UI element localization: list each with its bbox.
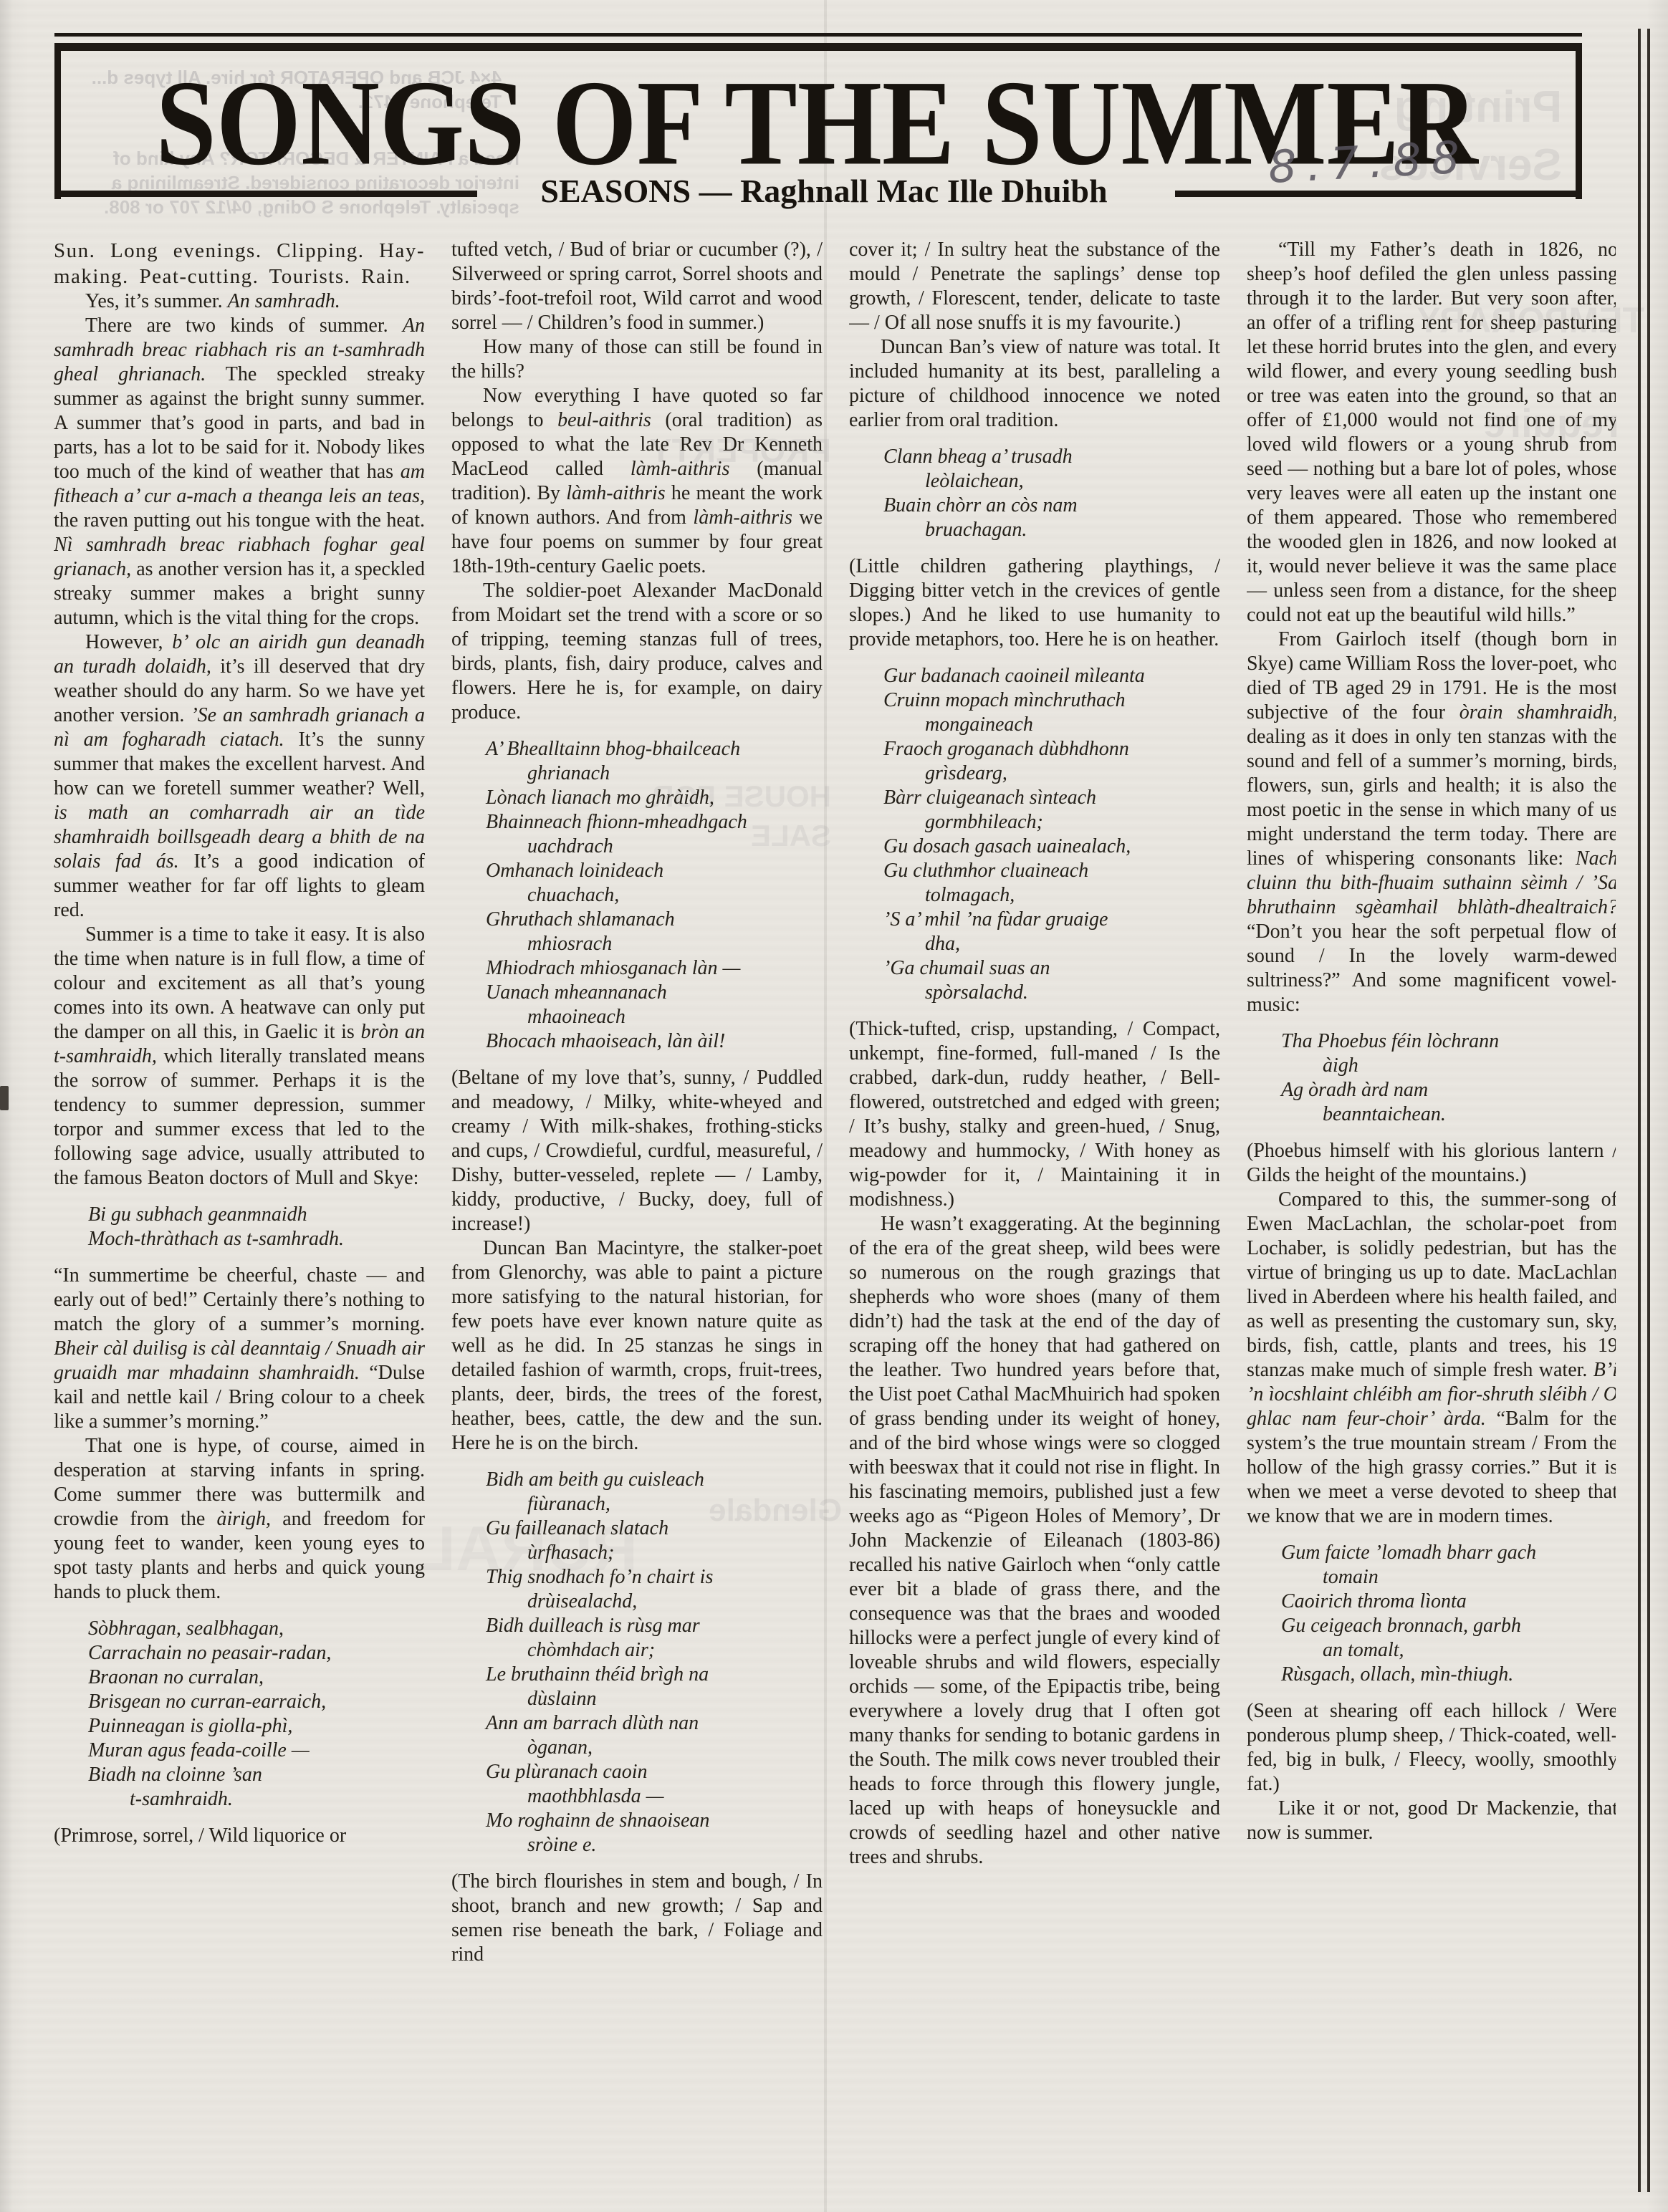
- paragraph-text: tufted vetch, / Bud of briar or cucumber…: [451, 239, 823, 334]
- poem-line: spòrsalachd.: [883, 981, 1220, 1005]
- scan-edge-mark: [0, 1086, 9, 1110]
- poem-line: Ann am barrach dlùth nan: [486, 1711, 823, 1736]
- gaelic-phrase: òrain shamhraidh,: [1459, 701, 1616, 723]
- paragraph-text: Like it or not, good Dr Mackenzie, that …: [1247, 1797, 1616, 1844]
- poem-line: Biadh na cloinne ’san: [88, 1763, 425, 1787]
- article-paragraph: “In summertime be cheerful, chaste — and…: [54, 1264, 425, 1434]
- article-paragraph: He wasn’t exaggerating. At the beginning…: [849, 1212, 1220, 1870]
- poem-line: Muran agus feada-coille —: [88, 1739, 425, 1763]
- poem-line: tolmagach,: [883, 883, 1220, 908]
- poem-line: Omhanach loinideach: [486, 859, 823, 883]
- poem-line: Carrachain no peasair-radan,: [88, 1641, 425, 1665]
- paragraph-text: Compared to this, the summer-song of Ewe…: [1247, 1188, 1616, 1381]
- article-paragraph: (Seen at shearing off each hillock / Wer…: [1247, 1699, 1616, 1797]
- article-column-4: “Till my Father’s death in 1826, no shee…: [1247, 238, 1616, 2193]
- poem-line: Fraoch groganach dùbhdhonn: [883, 737, 1220, 761]
- paragraph-text: However,: [85, 631, 172, 653]
- paragraph-text: (Phoebus himself with his glorious lante…: [1247, 1140, 1616, 1186]
- article-paragraph: Duncan Ban Macintyre, the stalker-poet f…: [451, 1236, 823, 1456]
- poem-line: A’ Bhealltainn bhog-bhailceach: [486, 737, 823, 761]
- article-paragraph: (Little children gathering playthings, /…: [849, 554, 1220, 652]
- article-paragraph: The soldier-poet Alexander MacDonald fro…: [451, 579, 823, 725]
- paragraph-text: “Don’t you hear the soft perpetual flow …: [1247, 920, 1616, 1016]
- article-paragraph: cover it; / In sultry heat the substance…: [849, 238, 1220, 335]
- article-paragraph: Like it or not, good Dr Mackenzie, that …: [1247, 1797, 1616, 1845]
- poem-line: leòlaichean,: [883, 469, 1220, 494]
- poem-stanza: Bidh am beith gu cuisleachfiùranach,Gu f…: [486, 1468, 823, 1857]
- poem-line: Ghruthach shlamanach: [486, 908, 823, 932]
- poem-line: t-samhraidh.: [88, 1787, 425, 1812]
- header-top-rule-thick: [54, 43, 1582, 51]
- gaelic-phrase: làmh-aithris: [693, 506, 792, 529]
- gaelic-phrase: làmh-aithris: [631, 458, 729, 480]
- poem-line: bruachagan.: [883, 518, 1220, 542]
- paragraph-text: He wasn’t exaggerating. At the beginning…: [849, 1213, 1220, 1868]
- gaelic-phrase: beul-aithris: [557, 409, 651, 431]
- article-paragraph: (Beltane of my love that’s, sunny, / Pud…: [451, 1066, 823, 1236]
- poem-line: Bidh duilleach is rùsg mar: [486, 1614, 823, 1638]
- poem-line: Le bruthainn théid brìgh na: [486, 1663, 823, 1687]
- poem-line: Rùsgach, ollach, mìn-thiugh.: [1281, 1663, 1616, 1687]
- header-top-rule-thin: [54, 33, 1582, 37]
- poem-line: Lònach lianach mo ghràidh,: [486, 786, 823, 810]
- poem-line: mhaoineach: [486, 1005, 823, 1029]
- poem-line: Sòbhragan, sealbhagan,: [88, 1617, 425, 1641]
- poem-line: Ag òradh àrd nam: [1281, 1078, 1616, 1102]
- paragraph-text: Sun. Long evenings. Clipping. Hay-making…: [54, 239, 425, 288]
- poem-line: chuachach,: [486, 883, 823, 908]
- poem-line: òganan,: [486, 1736, 823, 1760]
- poem-line: Tha Phoebus féin lòchrann: [1281, 1029, 1616, 1054]
- poem-stanza: Gur badanach caoineil mìleantaCruinn mop…: [883, 664, 1220, 1005]
- paragraph-text: the raven putting out his tongue with th…: [54, 509, 425, 532]
- article-paragraph: From Gairloch itself (though born in Sky…: [1247, 627, 1616, 1017]
- poem-line: Gu cluthmhor cluaineach: [883, 859, 1220, 883]
- poem-line: Mhiodrach mhiosganach làn —: [486, 956, 823, 981]
- paragraph-text: dealing as it does in only ten stanzas w…: [1247, 726, 1616, 870]
- gaelic-phrase: An samhradh.: [228, 290, 340, 312]
- paragraph-text: (Primrose, sorrel, / Wild liquorice or: [54, 1824, 346, 1847]
- paragraph-text: “In summertime be cheerful, chaste — and…: [54, 1264, 425, 1335]
- paragraph-text: Duncan Ban Macintyre, the stalker-poet f…: [451, 1237, 823, 1454]
- poem-line: Bi gu subhach geanmnaidh: [88, 1203, 425, 1227]
- poem-line: Gur badanach caoineil mìleanta: [883, 664, 1220, 688]
- article-paragraph: Duncan Ban’s view of nature was total. I…: [849, 335, 1220, 433]
- article-column-1: Sun. Long evenings. Clipping. Hay-making…: [54, 238, 425, 2193]
- poem-line: Gu ceigeach bronnach, garbh: [1281, 1614, 1616, 1638]
- poem-line: ’Ga chumail suas an: [883, 956, 1220, 981]
- article-column-3: cover it; / In sultry heat the substance…: [849, 238, 1220, 2193]
- poem-line: Puinneagan is giolla-phì,: [88, 1714, 425, 1739]
- poem-stanza: Sòbhragan, sealbhagan,Carrachain no peas…: [88, 1617, 425, 1812]
- article-paragraph: Compared to this, the summer-song of Ewe…: [1247, 1188, 1616, 1529]
- paragraph-text: How many of those can still be found in …: [451, 336, 823, 383]
- poem-line: mhiosrach: [486, 932, 823, 956]
- poem-stanza: Clann bheag a’ trusadhleòlaichean,Buain …: [883, 445, 1220, 542]
- article-paragraph: Sun. Long evenings. Clipping. Hay-making…: [54, 238, 425, 289]
- poem-line: Bidh am beith gu cuisleach: [486, 1468, 823, 1492]
- article-column-2: tufted vetch, / Bud of briar or cucumber…: [451, 238, 823, 2193]
- paragraph-text: (Thick-tufted, crisp, upstanding, / Comp…: [849, 1018, 1220, 1211]
- article-paragraph: Yes, it’s summer. An samhradh.: [54, 289, 425, 314]
- poem-line: Bhainneach fhionn-mheadhgach: [486, 810, 823, 835]
- paragraph-text: “Till my Father’s death in 1826, no shee…: [1247, 239, 1616, 626]
- poem-line: àigh: [1281, 1054, 1616, 1078]
- paragraph-text: (Seen at shearing off each hillock / Wer…: [1247, 1700, 1616, 1795]
- poem-line: ’S a’ mhil ’na fùdar gruaige: [883, 908, 1220, 932]
- poem-line: Gu dosach gasach uainealach,: [883, 835, 1220, 859]
- header-box-right-border: [1576, 43, 1582, 199]
- article-paragraph: There are two kinds of summer. An samhra…: [54, 314, 425, 630]
- article-paragraph: However, b’ olc an airidh gun deanadh an…: [54, 630, 425, 923]
- article-paragraph: (Thick-tufted, crisp, upstanding, / Comp…: [849, 1017, 1220, 1212]
- poem-line: dùslainn: [486, 1687, 823, 1711]
- poem-line: Bhocach mhaoiseach, làn àil!: [486, 1029, 823, 1054]
- poem-line: ghrianach: [486, 761, 823, 786]
- poem-stanza: A’ Bhealltainn bhog-bhailceachghrianachL…: [486, 737, 823, 1054]
- poem-line: Gu failleanach slatach: [486, 1516, 823, 1541]
- poem-line: Bàrr cluigeanach sìnteach: [883, 786, 1220, 810]
- poem-line: Mo roghainn de shnaoisean: [486, 1809, 823, 1833]
- article-paragraph: How many of those can still be found in …: [451, 335, 823, 384]
- poem-line: Brisgean no curran-earraich,: [88, 1690, 425, 1714]
- paragraph-text: (Beltane of my love that’s, sunny, / Pud…: [451, 1067, 823, 1235]
- poem-line: tomain: [1281, 1565, 1616, 1590]
- article-paragraph: That one is hype, of course, aimed in de…: [54, 1434, 425, 1605]
- poem-line: Gum faicte ’lomadh bharr gach: [1281, 1541, 1616, 1565]
- gaelic-phrase: àirigh,: [217, 1508, 271, 1530]
- poem-line: beanntaichean.: [1281, 1102, 1616, 1127]
- poem-line: Caoirich throma lìonta: [1281, 1590, 1616, 1614]
- poem-stanza: Bi gu subhach geanmnaidhMoch-thràthach a…: [88, 1203, 425, 1251]
- poem-line: Gu plùranach caoin: [486, 1760, 823, 1784]
- poem-line: chòmhdach air;: [486, 1638, 823, 1663]
- poem-stanza: Gum faicte ’lomadh bharr gachtomainCaoir…: [1281, 1541, 1616, 1687]
- article-paragraph: (The birch flourishes in stem and bough,…: [451, 1870, 823, 1967]
- poem-line: Braonan no curralan,: [88, 1665, 425, 1690]
- header-box-left-border: [54, 43, 61, 199]
- poem-line: mongaineach: [883, 713, 1220, 737]
- poem-stanza: Tha Phoebus féin lòchrannàighAg òradh àr…: [1281, 1029, 1616, 1127]
- gaelic-phrase: làmh-aithris: [566, 482, 665, 504]
- poem-line: fiùranach,: [486, 1492, 823, 1516]
- poem-line: grìsdearg,: [883, 761, 1220, 786]
- article-paragraph: “Till my Father’s death in 1826, no shee…: [1247, 238, 1616, 627]
- article-body: Sun. Long evenings. Clipping. Hay-making…: [54, 238, 1616, 2193]
- article-paragraph: tufted vetch, / Bud of briar or cucumber…: [451, 238, 823, 335]
- paragraph-text: Yes, it’s summer.: [85, 290, 228, 312]
- paragraph-text: cover it; / In sultry heat the substance…: [849, 239, 1220, 334]
- poem-line: maothbhlasda —: [486, 1784, 823, 1809]
- paragraph-text: (Little children gathering playthings, /…: [849, 555, 1220, 650]
- poem-line: gormbhileach;: [883, 810, 1220, 835]
- poem-line: dha,: [883, 932, 1220, 956]
- poem-line: Cruinn mopach mìnchruthach: [883, 688, 1220, 713]
- right-column-rule-inner: [1647, 29, 1650, 2192]
- poem-line: uachdrach: [486, 835, 823, 859]
- paragraph-text: Duncan Ban’s view of nature was total. I…: [849, 336, 1220, 431]
- poem-line: Moch-thràthach as t-samhradh.: [88, 1227, 425, 1251]
- article-paragraph: Summer is a time to take it easy. It is …: [54, 923, 425, 1191]
- paragraph-text: (The birch flourishes in stem and bough,…: [451, 1870, 823, 1966]
- poem-line: Thig snodhach fo’n chairt is: [486, 1565, 823, 1590]
- right-column-rule-outer: [1638, 29, 1641, 2192]
- paragraph-text: There are two kinds of summer.: [85, 314, 403, 337]
- poem-line: Clann bheag a’ trusadh: [883, 445, 1220, 469]
- article-paragraph: (Primrose, sorrel, / Wild liquorice or: [54, 1824, 425, 1848]
- poem-line: an tomalt,: [1281, 1638, 1616, 1663]
- poem-line: drùisealachd,: [486, 1590, 823, 1614]
- poem-line: ùrfhasach;: [486, 1541, 823, 1565]
- poem-line: Uanach mheannanach: [486, 981, 823, 1005]
- article-paragraph: Now everything I have quoted so far belo…: [451, 384, 823, 579]
- article-paragraph: (Phoebus himself with his glorious lante…: [1247, 1139, 1616, 1188]
- poem-line: sròine e.: [486, 1833, 823, 1857]
- newspaper-page: 4×4 JCB and OPERATOR for hire. All types…: [0, 0, 1668, 2212]
- poem-line: Buain chòrr an còs nam: [883, 494, 1220, 518]
- article-subtitle: SEASONS — Raghnall Mac Ille Dhuibh: [473, 172, 1175, 210]
- paragraph-text: The soldier-poet Alexander MacDonald fro…: [451, 580, 823, 723]
